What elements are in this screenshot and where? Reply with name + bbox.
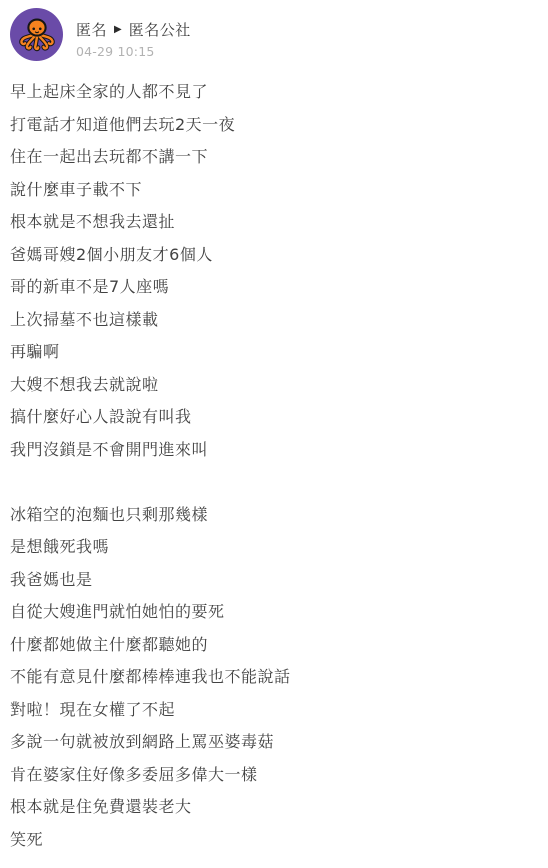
post-line: 對啦！現在女權了不起 [10,694,538,727]
post-line: 我門沒鎖是不會開門進來叫 [10,434,538,467]
post-line: 早上起床全家的人都不見了 [10,76,538,109]
post-line: 笑死 [10,824,538,857]
post-line: 冰箱空的泡麵也只剩那幾樣 [10,499,538,532]
anonymous-avatar[interactable] [10,8,63,61]
post-header-text: 匿名 ▶ 匿名公社 04-29 10:15 [76,8,191,59]
post-paragraph-2: 冰箱空的泡麵也只剩那幾樣 是想餓死我嗎 我爸媽也是 自從大嫂進門就怕她怕的要死 … [10,499,538,857]
post-line: 根本就是不想我去還扯 [10,206,538,239]
post-line: 根本就是住免費還裝老大 [10,791,538,824]
post-paragraph-1: 早上起床全家的人都不見了 打電話才知道他們去玩2天一夜 住在一起出去玩都不講一下… [10,76,538,466]
post-body: 早上起床全家的人都不見了 打電話才知道他們去玩2天一夜 住在一起出去玩都不講一下… [0,61,548,856]
post-line: 爸媽哥嫂2個小朋友才6個人 [10,239,538,272]
octopus-icon [18,16,56,54]
post-page: 匿名 ▶ 匿名公社 04-29 10:15 早上起床全家的人都不見了 打電話才知… [0,0,548,868]
breadcrumb-arrow-icon: ▶ [114,25,122,35]
post-line: 是想餓死我嗎 [10,531,538,564]
author-name[interactable]: 匿名 [76,19,107,40]
post-line: 住在一起出去玩都不講一下 [10,141,538,174]
post-line: 上次掃墓不也這樣載 [10,304,538,337]
post-timestamp: 04-29 10:15 [76,44,191,59]
post-line: 多說一句就被放到網路上罵巫婆毒菇 [10,726,538,759]
board-name[interactable]: 匿名公社 [129,19,191,40]
post-line: 說什麼車子載不下 [10,174,538,207]
post-line: 我爸媽也是 [10,564,538,597]
post-line: 不能有意見什麼都棒棒連我也不能說話 [10,661,538,694]
breadcrumb: 匿名 ▶ 匿名公社 [76,19,191,40]
post-line: 打電話才知道他們去玩2天一夜 [10,109,538,142]
post-line: 哥的新車不是7人座嗎 [10,271,538,304]
post-line: 肯在婆家住好像多委屈多偉大一樣 [10,759,538,792]
post-line: 再騙啊 [10,336,538,369]
post-line: 搞什麼好心人設說有叫我 [10,401,538,434]
post-line: 大嫂不想我去就說啦 [10,369,538,402]
post-line: 什麼都她做主什麼都聽她的 [10,629,538,662]
post-line: 自從大嫂進門就怕她怕的要死 [10,596,538,629]
post-header: 匿名 ▶ 匿名公社 04-29 10:15 [0,0,548,61]
